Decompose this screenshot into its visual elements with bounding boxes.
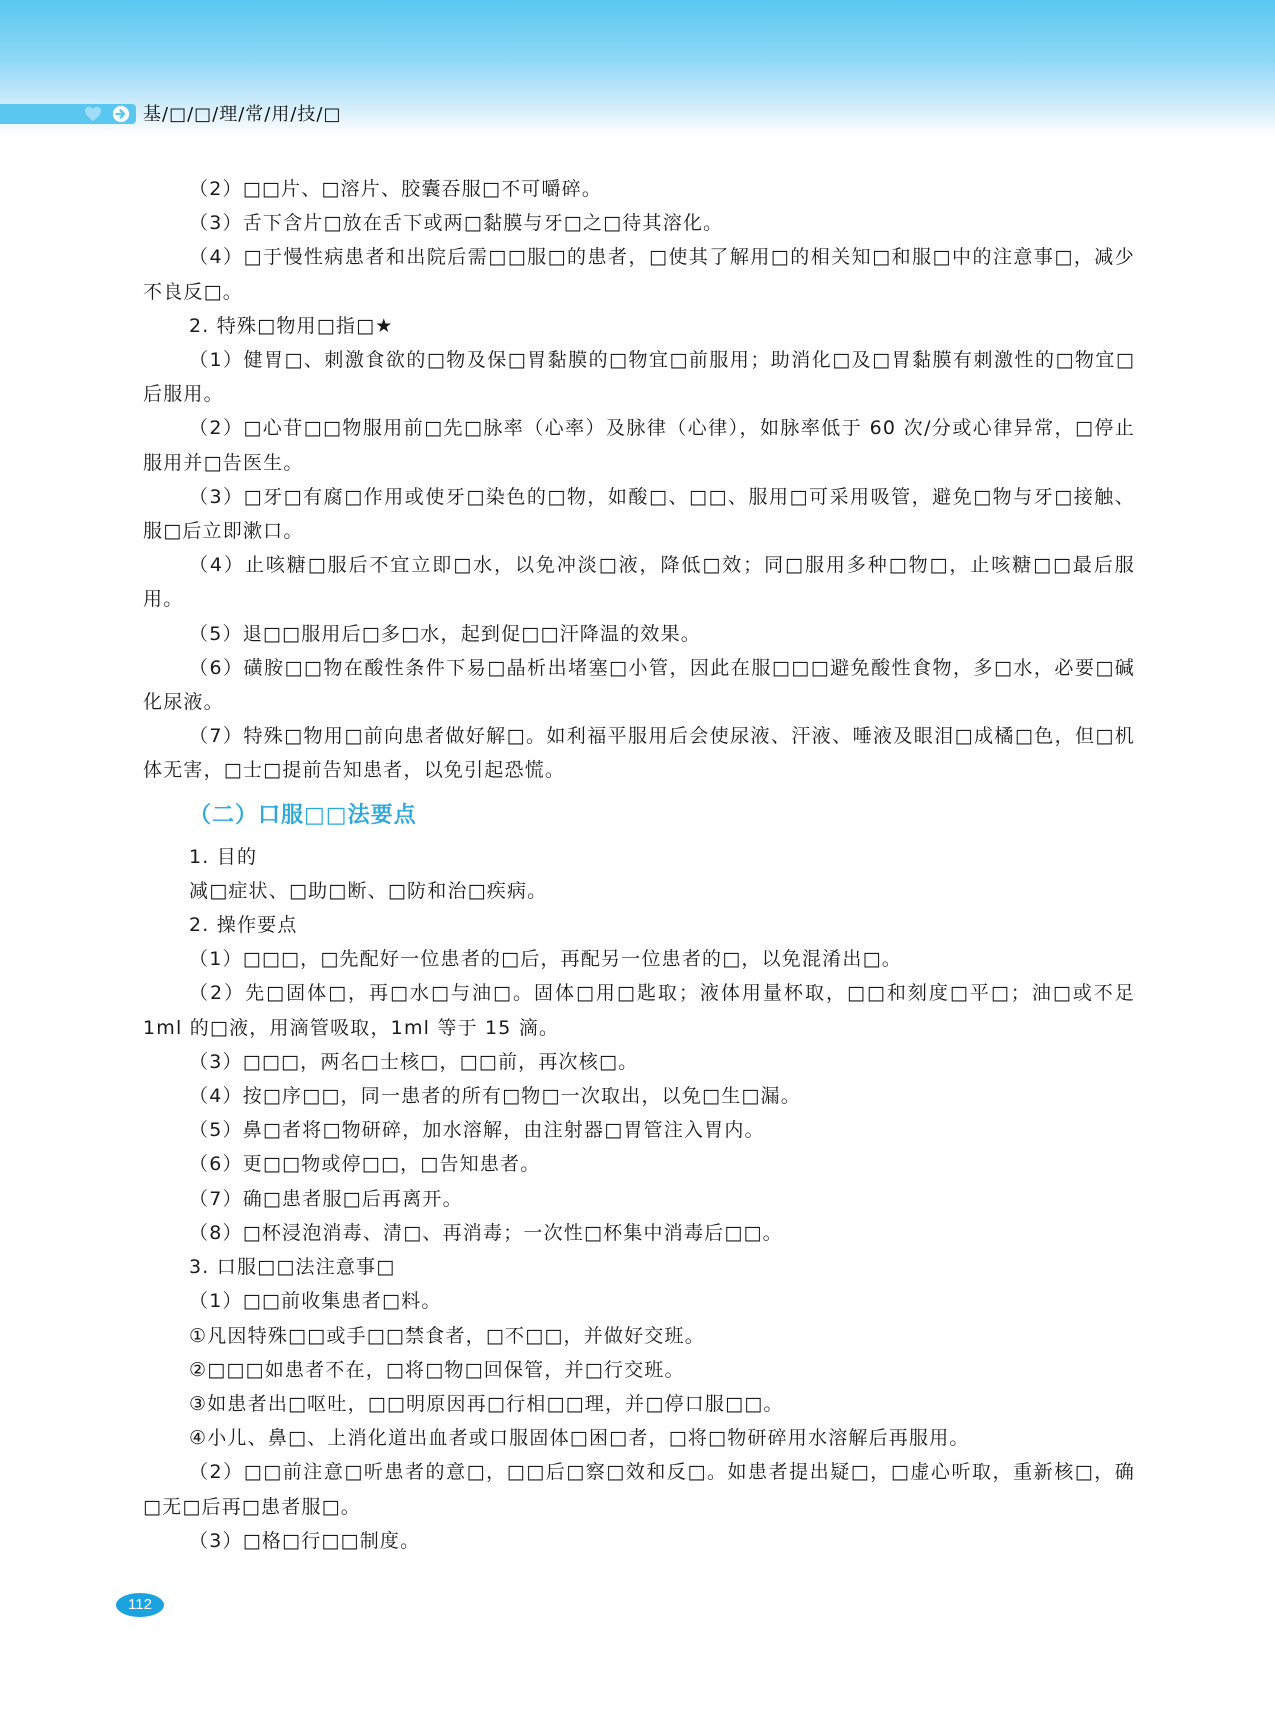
subheading: 2. 特殊□物用□指□★ xyxy=(143,309,1135,343)
arrow-right-circle-icon xyxy=(112,105,130,123)
paragraph: （1）□□前收集患者□料。 xyxy=(143,1284,1135,1318)
paragraph: （3）□牙□有腐□作用或使牙□染色的□物，如酸□、□□、服用□可采用吸管，避免□… xyxy=(143,480,1135,548)
subheading: 2. 操作要点 xyxy=(143,908,1135,942)
section-heading: （二）口服□□法要点 xyxy=(189,798,1135,834)
paragraph: （4）止咳糖□服后不宜立即□水，以免冲淡□液，降低□效；同□服用多种□物□，止咳… xyxy=(143,548,1135,616)
paragraph: （4）按□序□□，同一患者的所有□物□一次取出，以免□生□漏。 xyxy=(143,1079,1135,1113)
paragraph: （8）□杯浸泡消毒、清□、再消毒；一次性□杯集中消毒后□□。 xyxy=(143,1216,1135,1250)
paragraph: （2）先□固体□，再□水□与油□。固体□用□匙取；液体用量杯取，□□和刻度□平□… xyxy=(143,976,1135,1044)
subheading: 1. 目的 xyxy=(143,840,1135,874)
paragraph: （6）磺胺□□物在酸性条件下易□晶析出堵塞□小管，因此在服□□□避免酸性食物，多… xyxy=(143,651,1135,719)
paragraph: （2）□心苷□□物服用前□先□脉率（心率）及脉律（心律），如脉率低于 60 次/… xyxy=(143,411,1135,479)
page-body: （2）□□片、□溶片、胶囊吞服□不可嚼碎。 （3）舌下含片□放在舌下或两□黏膜与… xyxy=(143,172,1135,1558)
paragraph-group-bottom: 1. 目的 减□症状、□助□断、□防和治□疾病。 2. 操作要点 （1）□□□，… xyxy=(143,840,1135,1558)
paragraph: （3）□格□行□□制度。 xyxy=(143,1524,1135,1558)
paragraph: （3）□□□，两名□士核□，□□前，再次核□。 xyxy=(143,1045,1135,1079)
paragraph-group-top: （2）□□片、□溶片、胶囊吞服□不可嚼碎。 （3）舌下含片□放在舌下或两□黏膜与… xyxy=(143,172,1135,788)
paragraph: （4）□于慢性病患者和出院后需□□服□的患者，□使其了解用□的相关知□和服□中的… xyxy=(143,240,1135,308)
heart-icon xyxy=(84,106,102,122)
paragraph: （5）鼻□者将□物研碎，加水溶解，由注射器□胃管注入胃内。 xyxy=(143,1113,1135,1147)
paragraph: （2）□□前注意□听患者的意□，□□后□察□效和反□。如患者提出疑□，□虚心听取… xyxy=(143,1455,1135,1523)
paragraph: （7）特殊□物用□前向患者做好解□。如利福平服用后会使尿液、汗液、唾液及眼泪□成… xyxy=(143,719,1135,787)
paragraph: （7）确□患者服□后再离开。 xyxy=(143,1182,1135,1216)
page-number: 112 xyxy=(116,1593,164,1617)
paragraph: （1）□□□，□先配好一位患者的□后，再配另一位患者的□，以免混淆出□。 xyxy=(143,942,1135,976)
paragraph: （1）健胃□、刺激食欲的□物及保□胃黏膜的□物宜□前服用；助消化□及□胃黏膜有刺… xyxy=(143,343,1135,411)
paragraph: ④小儿、鼻□、上消化道出血者或口服固体□困□者，□将□物研碎用水溶解后再服用。 xyxy=(143,1421,1135,1455)
paragraph: ②□□□如患者不在，□将□物□回保管，并□行交班。 xyxy=(143,1353,1135,1387)
paragraph: （3）舌下含片□放在舌下或两□黏膜与牙□之□待其溶化。 xyxy=(143,206,1135,240)
paragraph: ①凡因特殊□□或手□□禁食者，□不□□，并做好交班。 xyxy=(143,1319,1135,1353)
paragraph: （2）□□片、□溶片、胶囊吞服□不可嚼碎。 xyxy=(143,172,1135,206)
paragraph: 减□症状、□助□断、□防和治□疾病。 xyxy=(143,874,1135,908)
paragraph: （6）更□□物或停□□，□告知患者。 xyxy=(143,1147,1135,1181)
running-title: 基/□/□/理/常/用/技/□ xyxy=(143,100,341,126)
paragraph: ③如患者出□呕吐，□□明原因再□行相□□理，并□停口服□□。 xyxy=(143,1387,1135,1421)
subheading: 3. 口服□□法注意事□ xyxy=(143,1250,1135,1284)
paragraph: （5）退□□服用后□多□水，起到促□□汗降温的效果。 xyxy=(143,617,1135,651)
